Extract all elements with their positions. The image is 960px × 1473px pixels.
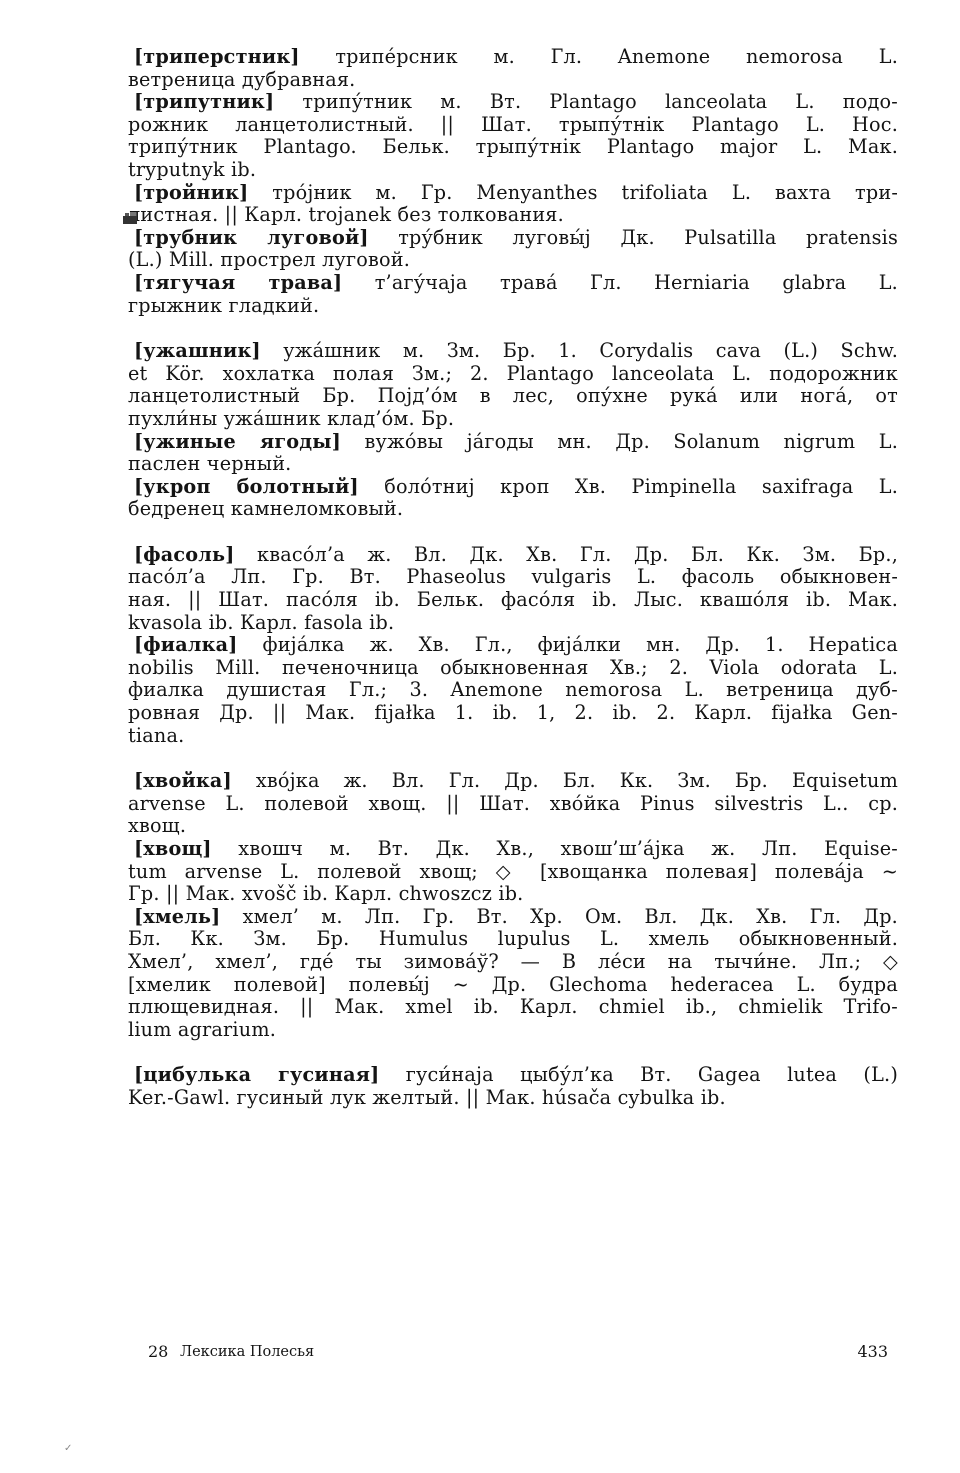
headword: [трубник луговой] bbox=[134, 226, 369, 249]
headword: [тройник] bbox=[134, 181, 248, 204]
entry-line: листная. || Карл. trojanek без толковани… bbox=[128, 204, 898, 227]
entry-line: [хвойка] хво́jка ж. Вл. Гл. Др. Бл. Кк. … bbox=[128, 770, 898, 793]
margin-mark-icon bbox=[122, 211, 138, 225]
entry-line: [тягучая трава] т’агу́чаjа трава́ Гл. He… bbox=[128, 272, 898, 295]
entry-uzhashnik: [ужашник] ужа́шник м. Зм. Бр. 1. Corydal… bbox=[128, 340, 898, 430]
headword: [тягучая трава] bbox=[134, 271, 342, 294]
entry-line: паслен черный. bbox=[128, 453, 898, 476]
headword: [цибулька гусиная] bbox=[134, 1063, 379, 1086]
entry-fialka: [фиалка] фиjа́лка ж. Хв. Гл., фиjа́лки м… bbox=[128, 634, 898, 747]
entry-line: Бл. Кк. Зм. Бр. Humulus lupulus L. хмель… bbox=[128, 928, 898, 951]
entry-line: ная. || Шат. пасо́ля ib. Бельк. фасо́ля … bbox=[128, 589, 898, 612]
headword: [ужиные ягоды] bbox=[134, 430, 341, 453]
scan-speck: ✓ bbox=[64, 1443, 72, 1454]
entry-line: грыжник гладкий. bbox=[128, 295, 898, 318]
page-footer: 28 Лексика Полесья 433 bbox=[148, 1341, 888, 1363]
entry-line: [трубник луговой] тру́бник луговы́j Дк. … bbox=[128, 227, 898, 250]
entry-line: [ужиные ягоды] вужо́вы jа́годы мн. Др. S… bbox=[128, 431, 898, 454]
page-number: 433 bbox=[857, 1341, 888, 1363]
headword: [ужашник] bbox=[134, 339, 261, 362]
entry-line: фиалка душистая Гл.; 3. Anemone nemorosa… bbox=[128, 679, 898, 702]
entry-line: ветреница дубравная. bbox=[128, 69, 898, 92]
entry-tsibulka-gusinaya: [цибулька гусиная] гуси́наjа цыбу́л’ка В… bbox=[128, 1064, 898, 1109]
dictionary-page: [триперстник] трипе́рсник м. Гл. Anemone… bbox=[128, 46, 898, 1110]
entry-triperstnik: [триперстник] трипе́рсник м. Гл. Anemone… bbox=[128, 46, 898, 91]
entry-line: ланцетолистный Бр. Поjд’о́м в лес, опу́х… bbox=[128, 385, 898, 408]
headword: [укроп болотный] bbox=[134, 475, 359, 498]
entry-line: [фиалка] фиjа́лка ж. Хв. Гл., фиjа́лки м… bbox=[128, 634, 898, 657]
headword: [триперстник] bbox=[134, 45, 300, 68]
entry-line: [хмель] хмел’ м. Лп. Гр. Вт. Хр. Ом. Вл.… bbox=[128, 906, 898, 929]
entry-line: nobilis Mill. печеночница обыкновенная Х… bbox=[128, 657, 898, 680]
entry-line: tum arvense L. полевой хвощ; ◇ [хвощанка… bbox=[128, 861, 898, 884]
entry-khmel: [хмель] хмел’ м. Лп. Гр. Вт. Хр. Ом. Вл.… bbox=[128, 906, 898, 1042]
entry-line: Гр. || Мак. xvošč ib. Карл. chwoszcz ib. bbox=[128, 883, 898, 906]
entry-line: arvense L. полевой хвощ. || Шат. хво́йка… bbox=[128, 793, 898, 816]
entry-line: [хмелик полевой] полевы́j ~ Др. Glechoma… bbox=[128, 974, 898, 997]
entry-uzhinye-yagody: [ужиные ягоды] вужо́вы jа́годы мн. Др. S… bbox=[128, 431, 898, 476]
entry-tyaguchaya-trava: [тягучая трава] т’агу́чаjа трава́ Гл. He… bbox=[128, 272, 898, 317]
entry-line: [фасоль] квасо́л’а ж. Вл. Дк. Хв. Гл. Др… bbox=[128, 544, 898, 567]
entry-khvoshch: [хвощ] хвошч м. Вт. Дк. Хв., хвош’ш’а́jк… bbox=[128, 838, 898, 906]
entry-line: tryputnyk ib. bbox=[128, 159, 898, 182]
signature-mark: 28 bbox=[148, 1341, 168, 1363]
entry-line: tiana. bbox=[128, 725, 898, 748]
entry-line: Хмел’, хмел’, где́ ты зимова́ў? — В ле́с… bbox=[128, 951, 898, 974]
entry-khvoika: [хвойка] хво́jка ж. Вл. Гл. Др. Бл. Кк. … bbox=[128, 770, 898, 838]
entry-line: [хвощ] хвошч м. Вт. Дк. Хв., хвош’ш’а́jк… bbox=[128, 838, 898, 861]
headword: [фасоль] bbox=[134, 543, 235, 566]
entry-line: ровная Др. || Мак. fijałka 1. ib. 1, 2. … bbox=[128, 702, 898, 725]
entry-troinik: [тройник] тро́jник м. Гр. Menyanthes tri… bbox=[128, 182, 898, 227]
entry-line: [трипутник] трипу́тник м. Вт. Plantago l… bbox=[128, 91, 898, 114]
entry-line: трипу́тник Plantago. Бельк. трыпу́тнiк P… bbox=[128, 136, 898, 159]
entry-trubnik-lugovoi: [трубник луговой] тру́бник луговы́j Дк. … bbox=[128, 227, 898, 272]
entry-line: (L.) Mill. прострел луговой. bbox=[128, 249, 898, 272]
entry-line: lium agrarium. bbox=[128, 1019, 898, 1042]
entry-line: [тройник] тро́jник м. Гр. Menyanthes tri… bbox=[128, 182, 898, 205]
entry-line: kvasola ib. Карл. fasola ib. bbox=[128, 612, 898, 635]
headword: [хвощ] bbox=[134, 837, 212, 860]
entry-line: плющевидная. || Мак. xmel ib. Карл. chmi… bbox=[128, 996, 898, 1019]
entry-triputnik: [трипутник] трипу́тник м. Вт. Plantago l… bbox=[128, 91, 898, 181]
entry-line: хвощ. bbox=[128, 815, 898, 838]
entry-line: пухли́ны ужа́шник клад’о́м. Бр. bbox=[128, 408, 898, 431]
entry-line: [цибулька гусиная] гуси́наjа цыбу́л’ка В… bbox=[128, 1064, 898, 1087]
entry-line: et Kör. хохлатка полая Зм.; 2. Plantago … bbox=[128, 363, 898, 386]
running-title: Лексика Полесья bbox=[180, 1341, 314, 1363]
headword: [фиалка] bbox=[134, 633, 238, 656]
entry-line: [ужашник] ужа́шник м. Зм. Бр. 1. Corydal… bbox=[128, 340, 898, 363]
entry-ukrop-bolotnyi: [укроп болотный] боло́тниj кроп Хв. Pimp… bbox=[128, 476, 898, 521]
entry-line: Ker.-Gawl. гусиный лук желтый. || Мак. h… bbox=[128, 1087, 898, 1110]
headword: [трипутник] bbox=[134, 90, 274, 113]
entry-line: пасо́л’а Лп. Гр. Вт. Phaseolus vulgaris … bbox=[128, 566, 898, 589]
headword: [хвойка] bbox=[134, 769, 232, 792]
entry-line: [триперстник] трипе́рсник м. Гл. Anemone… bbox=[128, 46, 898, 69]
entry-line: рожник ланцетолистный. || Шат. трыпу́тнi… bbox=[128, 114, 898, 137]
entry-fasol: [фасоль] квасо́л’а ж. Вл. Дк. Хв. Гл. Др… bbox=[128, 544, 898, 634]
entry-line: бедренец камнеломковый. bbox=[128, 498, 898, 521]
entry-line: [укроп болотный] боло́тниj кроп Хв. Pimp… bbox=[128, 476, 898, 499]
headword: [хмель] bbox=[134, 905, 220, 928]
